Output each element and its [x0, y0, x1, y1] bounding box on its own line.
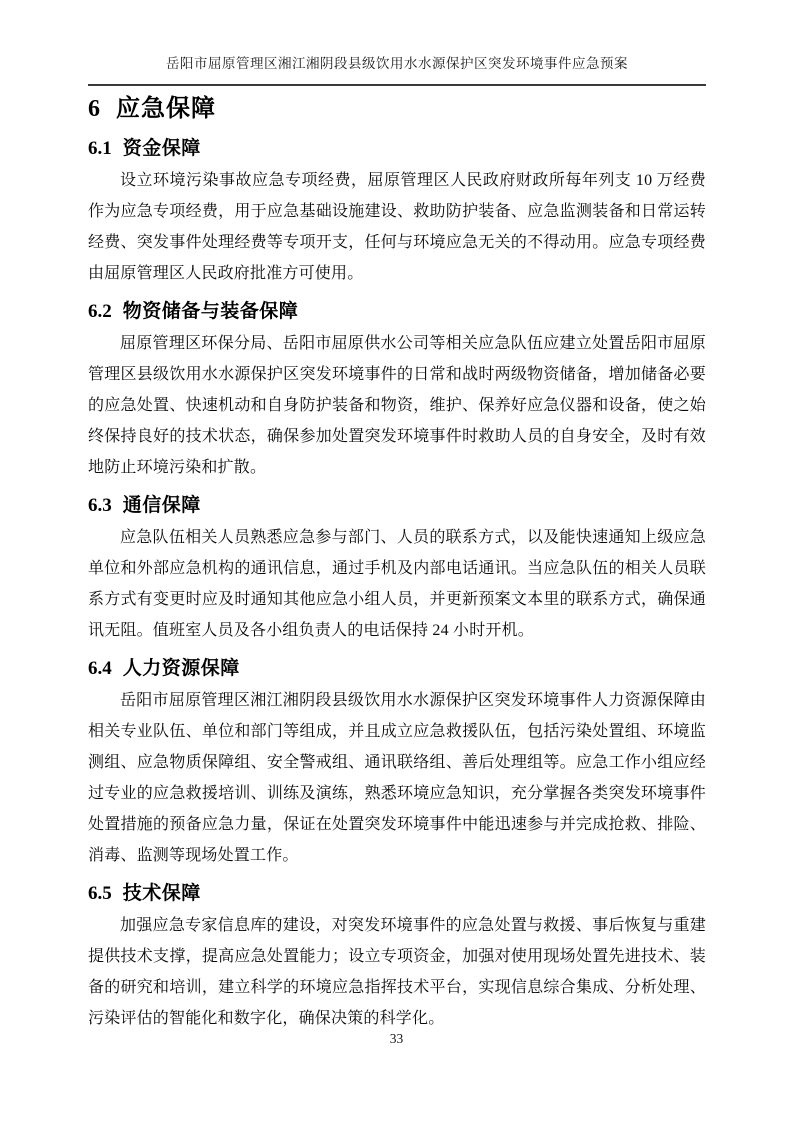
section-number: 6.2 [88, 301, 112, 322]
section-heading-6-4: 6.4人力资源保障 [88, 655, 706, 683]
section-title-text: 通信保障 [123, 495, 201, 516]
section-number: 6.4 [88, 658, 112, 679]
section-title-text: 物资储备与装备保障 [123, 301, 299, 322]
section-title-text: 技术保障 [123, 883, 201, 904]
section-heading-6-3: 6.3通信保障 [88, 492, 706, 520]
section-title-text: 资金保障 [123, 138, 201, 159]
chapter-title-text: 应急保障 [116, 96, 216, 122]
section-number: 6.1 [88, 138, 112, 159]
document-page: 岳阳市屈原管理区湘江湘阴段县级饮用水水源保护区突发环境事件应急预案 6应急保障 … [0, 0, 793, 1122]
document-content: 6应急保障 6.1资金保障 设立环境污染事故应急专项经费，屈原管理区人民政府财政… [88, 92, 706, 1034]
section-heading-6-5: 6.5技术保障 [88, 880, 706, 908]
section-title-text: 人力资源保障 [123, 658, 240, 679]
page-number: 33 [0, 1031, 793, 1047]
header-rule [88, 84, 706, 86]
section-paragraph-6-5: 加强应急专家信息库的建设，对突发环境事件的应急处置与救援、事后恢复与重建提供技术… [88, 910, 706, 1034]
section-paragraph-6-4: 岳阳市屈原管理区湘江湘阴段县级饮用水水源保护区突发环境事件人力资源保障由相关专业… [88, 685, 706, 871]
section-paragraph-6-1: 设立环境污染事故应急专项经费，屈原管理区人民政府财政所每年列支 10 万经费作为… [88, 165, 706, 289]
chapter-number: 6 [88, 96, 100, 122]
section-paragraph-6-3: 应急队伍相关人员熟悉应急参与部门、人员的联系方式，以及能快速通知上级应急单位和外… [88, 522, 706, 646]
section-paragraph-6-2: 屈原管理区环保分局、岳阳市屈原供水公司等相关应急队伍应建立处置岳阳市屈原管理区县… [88, 328, 706, 483]
section-heading-6-2: 6.2物资储备与装备保障 [88, 298, 706, 326]
section-number: 6.5 [88, 883, 112, 904]
section-heading-6-1: 6.1资金保障 [88, 135, 706, 163]
section-number: 6.3 [88, 495, 112, 516]
running-header: 岳阳市屈原管理区湘江湘阴段县级饮用水水源保护区突发环境事件应急预案 [88, 52, 706, 72]
chapter-title: 6应急保障 [88, 92, 706, 126]
